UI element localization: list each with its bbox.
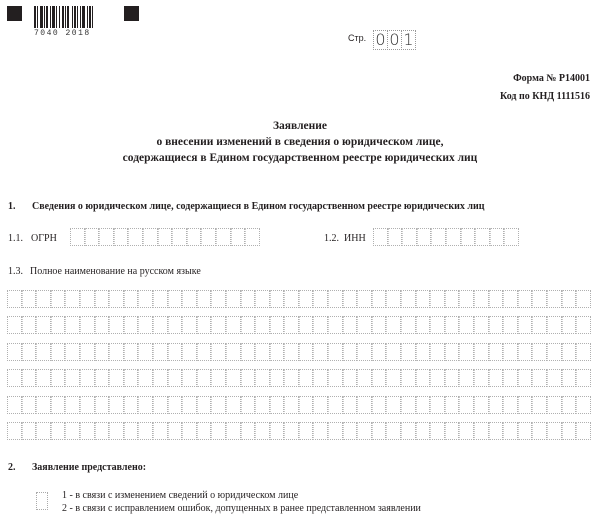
full-name-cell[interactable] xyxy=(65,396,80,414)
option-2: 2 - в связи с исправлением ошибок, допущ… xyxy=(62,502,421,515)
full-name-cell[interactable] xyxy=(109,422,124,440)
inn-cell[interactable] xyxy=(431,228,446,246)
full-name-cell[interactable] xyxy=(284,422,299,440)
full-name-cell[interactable] xyxy=(211,316,226,334)
full-name-cell[interactable] xyxy=(313,343,328,361)
full-name-cell[interactable] xyxy=(430,290,445,308)
full-name-cell[interactable] xyxy=(562,422,577,440)
full-name-cell[interactable] xyxy=(182,290,197,308)
full-name-cell[interactable] xyxy=(357,290,372,308)
ogrn-cell[interactable] xyxy=(128,228,143,246)
inn-cell[interactable] xyxy=(461,228,476,246)
inn-cell[interactable] xyxy=(373,228,388,246)
full-name-cell[interactable] xyxy=(197,343,212,361)
full-name-cell[interactable] xyxy=(474,422,489,440)
full-name-cell[interactable] xyxy=(518,369,533,387)
page-label: Стр. xyxy=(348,33,366,43)
full-name-cell[interactable] xyxy=(299,369,314,387)
full-name-cell[interactable] xyxy=(547,422,562,440)
title-line-2: о внесении изменений в сведения о юридич… xyxy=(0,134,600,150)
full-name-cell[interactable] xyxy=(138,422,153,440)
page-digit[interactable]: 0 xyxy=(387,30,402,50)
full-name-cell[interactable] xyxy=(95,343,110,361)
full-name-cell[interactable] xyxy=(65,369,80,387)
full-name-cell[interactable] xyxy=(562,316,577,334)
full-name-cell[interactable] xyxy=(153,396,168,414)
full-name-cell[interactable] xyxy=(576,290,591,308)
full-name-cell[interactable] xyxy=(328,290,343,308)
full-name-cell[interactable] xyxy=(255,343,270,361)
full-name-cell[interactable] xyxy=(22,343,37,361)
full-name-cell[interactable] xyxy=(518,343,533,361)
full-name-cell[interactable] xyxy=(416,290,431,308)
inn-number: 1.2. xyxy=(324,233,339,244)
full-name-cell[interactable] xyxy=(124,422,139,440)
full-name-cell[interactable] xyxy=(430,343,445,361)
title-line-1: Заявление xyxy=(0,118,600,134)
full-name-cell[interactable] xyxy=(503,396,518,414)
full-name-cell[interactable] xyxy=(22,369,37,387)
full-name-cell[interactable] xyxy=(299,343,314,361)
full-name-cell[interactable] xyxy=(532,343,547,361)
full-name-cell[interactable] xyxy=(36,369,51,387)
full-name-cell[interactable] xyxy=(343,369,358,387)
full-name-number: 1.3. xyxy=(8,266,23,277)
ogrn-cell[interactable] xyxy=(158,228,173,246)
full-name-cell[interactable] xyxy=(474,343,489,361)
full-name-cell[interactable] xyxy=(445,369,460,387)
full-name-cell[interactable] xyxy=(241,316,256,334)
full-name-cell[interactable] xyxy=(168,369,183,387)
full-name-cell[interactable] xyxy=(518,290,533,308)
page-digit[interactable]: 0 xyxy=(373,30,388,50)
full-name-cell[interactable] xyxy=(328,396,343,414)
inn-cell[interactable] xyxy=(475,228,490,246)
full-name-cell[interactable] xyxy=(313,396,328,414)
full-name-cell[interactable] xyxy=(343,290,358,308)
full-name-cell[interactable] xyxy=(226,343,241,361)
full-name-cell[interactable] xyxy=(547,316,562,334)
full-name-row[interactable] xyxy=(7,343,591,361)
full-name-cell[interactable] xyxy=(241,396,256,414)
full-name-cell[interactable] xyxy=(80,396,95,414)
full-name-cell[interactable] xyxy=(474,396,489,414)
inn-cell[interactable] xyxy=(402,228,417,246)
full-name-cell[interactable] xyxy=(36,316,51,334)
full-name-cell[interactable] xyxy=(328,316,343,334)
full-name-cell[interactable] xyxy=(80,422,95,440)
form-number: Форма № Р14001 xyxy=(500,70,590,88)
submission-options: 1 - в связи с изменением сведений о юрид… xyxy=(62,489,421,515)
full-name-cell[interactable] xyxy=(109,396,124,414)
full-name-cell[interactable] xyxy=(109,290,124,308)
full-name-cell[interactable] xyxy=(445,396,460,414)
full-name-cell[interactable] xyxy=(503,422,518,440)
full-name-cell[interactable] xyxy=(489,343,504,361)
title-line-3: содержащиеся в Едином государственном ре… xyxy=(0,150,600,166)
full-name-cell[interactable] xyxy=(270,290,285,308)
full-name-cell[interactable] xyxy=(65,316,80,334)
full-name-cell[interactable] xyxy=(299,316,314,334)
full-name-cell[interactable] xyxy=(226,369,241,387)
full-name-cell[interactable] xyxy=(547,343,562,361)
option-1: 1 - в связи с изменением сведений о юрид… xyxy=(62,489,421,502)
full-name-cell[interactable] xyxy=(416,316,431,334)
full-name-cell[interactable] xyxy=(36,396,51,414)
full-name-cell[interactable] xyxy=(503,369,518,387)
full-name-cell[interactable] xyxy=(109,316,124,334)
full-name-cell[interactable] xyxy=(51,422,66,440)
full-name-cell[interactable] xyxy=(372,316,387,334)
full-name-cell[interactable] xyxy=(255,422,270,440)
barcode xyxy=(34,6,108,28)
full-name-cell[interactable] xyxy=(7,343,22,361)
full-name-cell[interactable] xyxy=(211,396,226,414)
submission-reason-checkbox[interactable] xyxy=(36,492,48,510)
full-name-cell[interactable] xyxy=(241,343,256,361)
full-name-cell[interactable] xyxy=(197,316,212,334)
full-name-cell[interactable] xyxy=(284,290,299,308)
full-name-cell[interactable] xyxy=(401,422,416,440)
full-name-cell[interactable] xyxy=(197,396,212,414)
full-name-cell[interactable] xyxy=(284,316,299,334)
full-name-cell[interactable] xyxy=(80,369,95,387)
full-name-cell[interactable] xyxy=(372,396,387,414)
full-name-cell[interactable] xyxy=(7,422,22,440)
full-name-cell[interactable] xyxy=(416,343,431,361)
full-name-cell[interactable] xyxy=(51,316,66,334)
ogrn-cell[interactable] xyxy=(216,228,231,246)
full-name-cell[interactable] xyxy=(343,422,358,440)
full-name-cell[interactable] xyxy=(445,316,460,334)
document-title: Заявление о внесении изменений в сведени… xyxy=(0,118,600,166)
full-name-cell[interactable] xyxy=(168,343,183,361)
full-name-cell[interactable] xyxy=(518,316,533,334)
full-name-cell[interactable] xyxy=(416,422,431,440)
full-name-cell[interactable] xyxy=(503,290,518,308)
full-name-cell[interactable] xyxy=(7,316,22,334)
full-name-cell[interactable] xyxy=(124,343,139,361)
full-name-cell[interactable] xyxy=(153,290,168,308)
full-name-cell[interactable] xyxy=(459,290,474,308)
full-name-cell[interactable] xyxy=(7,396,22,414)
full-name-cell[interactable] xyxy=(168,290,183,308)
full-name-cell[interactable] xyxy=(95,290,110,308)
full-name-cell[interactable] xyxy=(503,316,518,334)
full-name-cell[interactable] xyxy=(357,316,372,334)
full-name-cell[interactable] xyxy=(138,396,153,414)
full-name-cell[interactable] xyxy=(109,343,124,361)
full-name-cell[interactable] xyxy=(138,316,153,334)
full-name-cell[interactable] xyxy=(284,343,299,361)
page-digit[interactable]: 1 xyxy=(401,30,416,50)
full-name-cell[interactable] xyxy=(226,290,241,308)
full-name-cell[interactable] xyxy=(503,343,518,361)
full-name-cell[interactable] xyxy=(80,290,95,308)
full-name-cell[interactable] xyxy=(576,396,591,414)
full-name-cell[interactable] xyxy=(51,369,66,387)
section-2-heading: Заявление представлено: xyxy=(32,462,146,473)
full-name-cell[interactable] xyxy=(226,422,241,440)
ogrn-cell[interactable] xyxy=(187,228,202,246)
full-name-cell[interactable] xyxy=(313,422,328,440)
barcode-number: 7040 2018 xyxy=(34,29,91,38)
full-name-cell[interactable] xyxy=(313,369,328,387)
full-name-cell[interactable] xyxy=(562,290,577,308)
full-name-cell[interactable] xyxy=(241,290,256,308)
full-name-cell[interactable] xyxy=(182,369,197,387)
full-name-cell[interactable] xyxy=(211,290,226,308)
full-name-cell[interactable] xyxy=(386,396,401,414)
full-name-cell[interactable] xyxy=(255,316,270,334)
full-name-cell[interactable] xyxy=(562,396,577,414)
full-name-cell[interactable] xyxy=(270,343,285,361)
full-name-cell[interactable] xyxy=(532,396,547,414)
full-name-cell[interactable] xyxy=(80,316,95,334)
full-name-cell[interactable] xyxy=(80,343,95,361)
full-name-cell[interactable] xyxy=(343,343,358,361)
full-name-cell[interactable] xyxy=(328,422,343,440)
full-name-cell[interactable] xyxy=(343,396,358,414)
full-name-cell[interactable] xyxy=(284,396,299,414)
full-name-cell[interactable] xyxy=(459,396,474,414)
full-name-cell[interactable] xyxy=(270,396,285,414)
full-name-row[interactable] xyxy=(7,422,591,440)
full-name-cell[interactable] xyxy=(562,369,577,387)
ogrn-cell[interactable] xyxy=(245,228,260,246)
full-name-cell[interactable] xyxy=(576,343,591,361)
full-name-cell[interactable] xyxy=(95,369,110,387)
full-name-cell[interactable] xyxy=(226,316,241,334)
full-name-cell[interactable] xyxy=(51,343,66,361)
full-name-cell[interactable] xyxy=(547,290,562,308)
full-name-cell[interactable] xyxy=(197,290,212,308)
knd-code: Код по КНД 1111516 xyxy=(500,88,590,106)
full-name-cell[interactable] xyxy=(357,396,372,414)
full-name-cell[interactable] xyxy=(241,422,256,440)
full-name-cell[interactable] xyxy=(357,422,372,440)
full-name-cell[interactable] xyxy=(51,290,66,308)
full-name-cell[interactable] xyxy=(182,422,197,440)
full-name-row[interactable] xyxy=(7,316,591,334)
full-name-cell[interactable] xyxy=(36,343,51,361)
full-name-cell[interactable] xyxy=(489,316,504,334)
full-name-cell[interactable] xyxy=(576,422,591,440)
full-name-cell[interactable] xyxy=(270,369,285,387)
full-name-cell[interactable] xyxy=(299,396,314,414)
full-name-cell[interactable] xyxy=(372,422,387,440)
full-name-cell[interactable] xyxy=(547,369,562,387)
full-name-cell[interactable] xyxy=(95,316,110,334)
ogrn-cell[interactable] xyxy=(114,228,129,246)
full-name-cell[interactable] xyxy=(211,343,226,361)
full-name-cell[interactable] xyxy=(153,343,168,361)
full-name-cell[interactable] xyxy=(489,290,504,308)
full-name-cell[interactable] xyxy=(313,316,328,334)
ogrn-cell[interactable] xyxy=(85,228,100,246)
full-name-cell[interactable] xyxy=(430,422,445,440)
full-name-cell[interactable] xyxy=(386,343,401,361)
full-name-cell[interactable] xyxy=(182,316,197,334)
full-name-cell[interactable] xyxy=(401,396,416,414)
section-1-heading: Сведения о юридическом лице, содержащиес… xyxy=(32,201,485,212)
full-name-cell[interactable] xyxy=(65,422,80,440)
full-name-cell[interactable] xyxy=(430,396,445,414)
full-name-cell[interactable] xyxy=(109,369,124,387)
alignment-marker-left xyxy=(7,6,22,21)
full-name-cell[interactable] xyxy=(270,422,285,440)
full-name-cell[interactable] xyxy=(255,396,270,414)
full-name-cell[interactable] xyxy=(372,290,387,308)
full-name-cell[interactable] xyxy=(51,396,66,414)
full-name-cell[interactable] xyxy=(168,316,183,334)
ogrn-cell[interactable] xyxy=(172,228,187,246)
full-name-cell[interactable] xyxy=(22,290,37,308)
full-name-cell[interactable] xyxy=(401,290,416,308)
ogrn-cell[interactable] xyxy=(70,228,85,246)
full-name-cell[interactable] xyxy=(401,316,416,334)
full-name-cell[interactable] xyxy=(576,316,591,334)
full-name-cell[interactable] xyxy=(211,369,226,387)
section-2-number: 2. xyxy=(8,462,16,473)
full-name-cell[interactable] xyxy=(22,396,37,414)
full-name-cell[interactable] xyxy=(138,369,153,387)
ogrn-number: 1.1. xyxy=(8,233,23,244)
full-name-cell[interactable] xyxy=(168,396,183,414)
full-name-row[interactable] xyxy=(7,290,591,308)
full-name-cell[interactable] xyxy=(328,343,343,361)
full-name-cell[interactable] xyxy=(36,422,51,440)
full-name-cell[interactable] xyxy=(357,369,372,387)
full-name-cell[interactable] xyxy=(562,343,577,361)
full-name-cell[interactable] xyxy=(445,343,460,361)
full-name-cell[interactable] xyxy=(124,369,139,387)
full-name-cell[interactable] xyxy=(270,316,285,334)
full-name-cell[interactable] xyxy=(401,369,416,387)
full-name-cell[interactable] xyxy=(445,422,460,440)
ogrn-cell[interactable] xyxy=(231,228,246,246)
full-name-cell[interactable] xyxy=(299,422,314,440)
full-name-cell[interactable] xyxy=(547,396,562,414)
full-name-cell[interactable] xyxy=(182,396,197,414)
full-name-cell[interactable] xyxy=(386,369,401,387)
inn-cell[interactable] xyxy=(446,228,461,246)
full-name-cell[interactable] xyxy=(401,343,416,361)
ogrn-input[interactable] xyxy=(70,228,260,246)
full-name-cell[interactable] xyxy=(211,422,226,440)
full-name-cell[interactable] xyxy=(474,290,489,308)
full-name-cell[interactable] xyxy=(153,422,168,440)
full-name-cell[interactable] xyxy=(65,343,80,361)
full-name-cell[interactable] xyxy=(416,369,431,387)
full-name-cell[interactable] xyxy=(357,343,372,361)
full-name-cell[interactable] xyxy=(124,396,139,414)
inn-label: ИНН xyxy=(344,233,366,244)
full-name-cell[interactable] xyxy=(489,396,504,414)
ogrn-cell[interactable] xyxy=(201,228,216,246)
section-1-number: 1. xyxy=(8,201,16,212)
inn-cell[interactable] xyxy=(490,228,505,246)
full-name-cell[interactable] xyxy=(124,316,139,334)
full-name-cell[interactable] xyxy=(7,369,22,387)
full-name-cell[interactable] xyxy=(532,369,547,387)
full-name-cell[interactable] xyxy=(22,422,37,440)
full-name-cell[interactable] xyxy=(489,422,504,440)
full-name-cell[interactable] xyxy=(518,422,533,440)
full-name-cell[interactable] xyxy=(372,343,387,361)
full-name-cell[interactable] xyxy=(489,369,504,387)
full-name-cell[interactable] xyxy=(313,290,328,308)
full-name-cell[interactable] xyxy=(226,396,241,414)
full-name-cell[interactable] xyxy=(182,343,197,361)
full-name-cell[interactable] xyxy=(197,369,212,387)
full-name-row[interactable] xyxy=(7,369,591,387)
full-name-cell[interactable] xyxy=(459,422,474,440)
ogrn-cell[interactable] xyxy=(99,228,114,246)
full-name-cell[interactable] xyxy=(416,396,431,414)
full-name-cell[interactable] xyxy=(474,369,489,387)
full-name-cell[interactable] xyxy=(22,316,37,334)
full-name-cell[interactable] xyxy=(445,290,460,308)
full-name-cell[interactable] xyxy=(138,343,153,361)
inn-cell[interactable] xyxy=(504,228,519,246)
full-name-cell[interactable] xyxy=(7,290,22,308)
ogrn-label: ОГРН xyxy=(31,233,57,244)
full-name-cell[interactable] xyxy=(95,396,110,414)
full-name-cell[interactable] xyxy=(459,369,474,387)
full-name-cell[interactable] xyxy=(124,290,139,308)
page-number-field[interactable]: 0 0 1 xyxy=(373,30,415,50)
full-name-cell[interactable] xyxy=(474,316,489,334)
full-name-row[interactable] xyxy=(7,396,591,414)
full-name-cell[interactable] xyxy=(153,316,168,334)
full-name-cell[interactable] xyxy=(255,369,270,387)
inn-input[interactable] xyxy=(373,228,519,246)
inn-cell[interactable] xyxy=(388,228,403,246)
full-name-cell[interactable] xyxy=(386,316,401,334)
full-name-cell[interactable] xyxy=(576,369,591,387)
full-name-label: Полное наименование на русском языке xyxy=(30,266,201,277)
full-name-cell[interactable] xyxy=(284,369,299,387)
full-name-cell[interactable] xyxy=(386,422,401,440)
full-name-cell[interactable] xyxy=(255,290,270,308)
full-name-input[interactable] xyxy=(7,290,591,448)
full-name-cell[interactable] xyxy=(343,316,358,334)
full-name-cell[interactable] xyxy=(532,290,547,308)
full-name-cell[interactable] xyxy=(459,316,474,334)
full-name-cell[interactable] xyxy=(430,316,445,334)
full-name-cell[interactable] xyxy=(386,290,401,308)
full-name-cell[interactable] xyxy=(299,290,314,308)
full-name-cell[interactable] xyxy=(36,290,51,308)
full-name-cell[interactable] xyxy=(372,369,387,387)
full-name-cell[interactable] xyxy=(168,422,183,440)
full-name-cell[interactable] xyxy=(430,369,445,387)
full-name-cell[interactable] xyxy=(197,422,212,440)
full-name-cell[interactable] xyxy=(65,290,80,308)
inn-cell[interactable] xyxy=(417,228,432,246)
full-name-cell[interactable] xyxy=(138,290,153,308)
full-name-cell[interactable] xyxy=(532,316,547,334)
ogrn-cell[interactable] xyxy=(143,228,158,246)
full-name-cell[interactable] xyxy=(459,343,474,361)
full-name-cell[interactable] xyxy=(328,369,343,387)
full-name-cell[interactable] xyxy=(153,369,168,387)
full-name-cell[interactable] xyxy=(532,422,547,440)
full-name-cell[interactable] xyxy=(95,422,110,440)
full-name-cell[interactable] xyxy=(241,369,256,387)
full-name-cell[interactable] xyxy=(518,396,533,414)
